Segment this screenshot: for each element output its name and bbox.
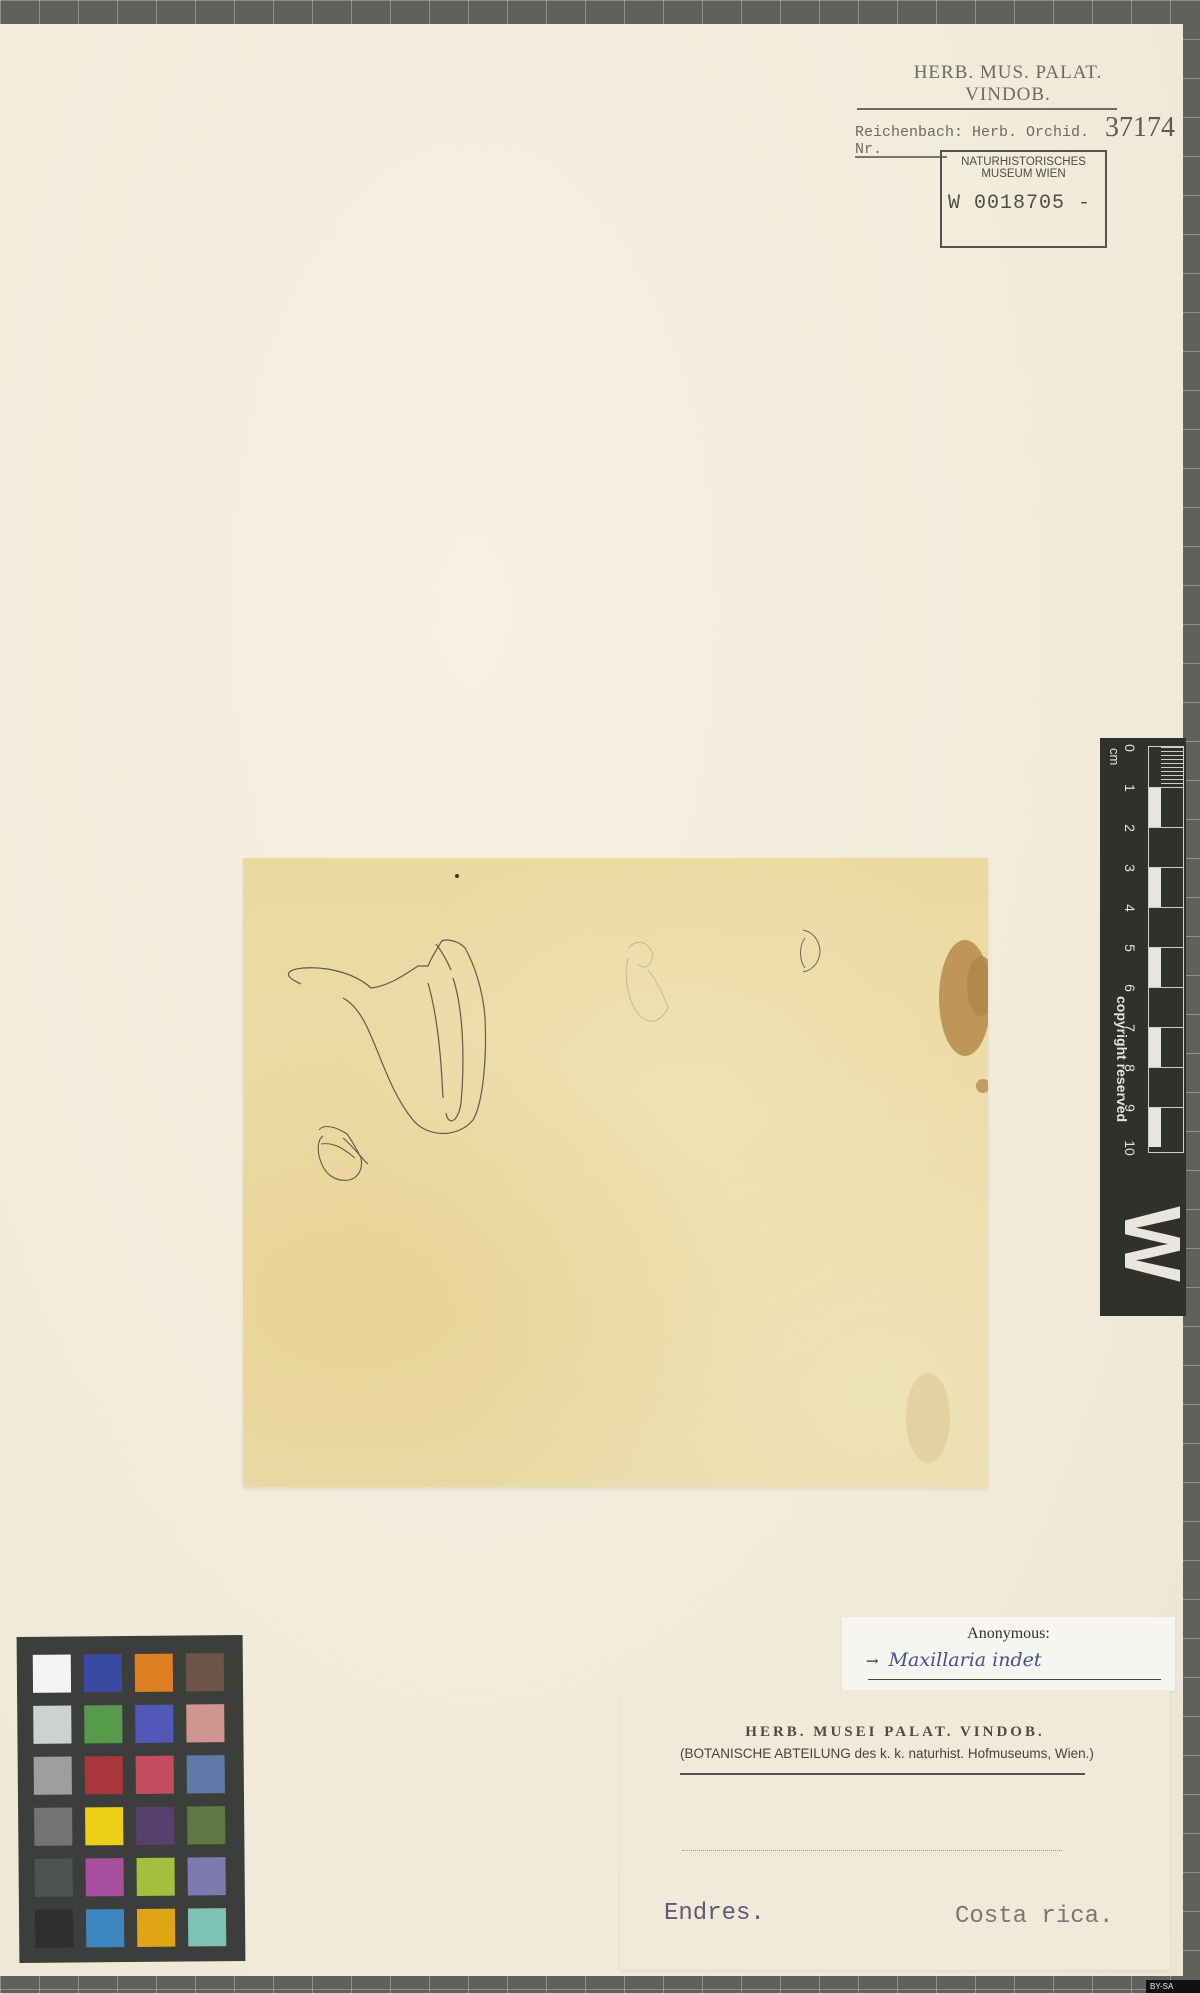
tick-label: 1 bbox=[1122, 784, 1138, 792]
determination-line: →Maxillaria indet bbox=[866, 1649, 1175, 1671]
museum-barcode-stamp: NATURHISTORISCHES MUSEUM WIEN W 0018705 … bbox=[940, 150, 1107, 248]
color-patch bbox=[35, 1859, 73, 1897]
determiner-name: Anonymous: bbox=[842, 1625, 1175, 1643]
header-stamp-rule bbox=[857, 108, 1117, 110]
color-patch bbox=[137, 1858, 175, 1896]
color-patch bbox=[35, 1910, 73, 1948]
museum-stamp-line2: MUSEUM WIEN bbox=[942, 168, 1105, 180]
tick-1 bbox=[1149, 787, 1183, 788]
color-patch bbox=[135, 1705, 173, 1743]
scale-ticks bbox=[1148, 746, 1184, 1153]
tick-label: 10 bbox=[1122, 1140, 1138, 1156]
collector-name: Endres. bbox=[664, 1900, 765, 1927]
faint-stain bbox=[906, 1373, 950, 1463]
color-calibration-chart bbox=[17, 1635, 246, 1963]
museum-logo-w: W bbox=[1106, 1206, 1198, 1282]
tick-label: 2 bbox=[1122, 824, 1138, 832]
arrow-icon: → bbox=[866, 1652, 879, 1670]
flower-sketch-small bbox=[318, 1127, 368, 1181]
color-patch bbox=[186, 1704, 224, 1742]
color-patch bbox=[188, 1908, 226, 1946]
stain-spot bbox=[976, 1079, 988, 1093]
determination-text: Maxillaria indet bbox=[889, 1649, 1042, 1671]
color-patch bbox=[85, 1756, 123, 1794]
color-patch bbox=[85, 1807, 123, 1845]
color-patch bbox=[136, 1807, 174, 1845]
locality: Costa rica. bbox=[955, 1903, 1113, 1930]
color-patch bbox=[84, 1705, 122, 1743]
color-patch bbox=[86, 1909, 124, 1947]
tick-label: 0 bbox=[1122, 744, 1138, 752]
tick-label: 5 bbox=[1122, 944, 1138, 952]
color-patch bbox=[186, 1653, 224, 1691]
color-patch bbox=[137, 1909, 175, 1947]
header-stamp-title: HERB. MUS. PALAT. VINDOB. bbox=[873, 62, 1143, 106]
specimen-id: W 0018705 - bbox=[948, 192, 1105, 215]
label-subtitle: (BOTANISCHE ABTEILUNG des k. k. naturhis… bbox=[680, 1746, 1094, 1761]
tick-4 bbox=[1149, 907, 1183, 908]
color-patch bbox=[34, 1757, 72, 1795]
tick-5 bbox=[1149, 947, 1183, 948]
herbarium-label: HERB. MUSEI PALAT. VINDOB. (BOTANISCHE A… bbox=[620, 1690, 1170, 1970]
tick-3 bbox=[1149, 867, 1183, 868]
copyright-notice: copyright reserved bbox=[1114, 996, 1130, 1122]
flower-sketch-large bbox=[288, 940, 485, 1134]
scale-bar: cm 0 1 2 3 4 5 6 7 8 9 10 copyright rese… bbox=[1100, 738, 1186, 1316]
color-patch bbox=[187, 1755, 225, 1793]
color-patch bbox=[33, 1655, 71, 1693]
museum-stamp-line1: NATURHISTORISCHES bbox=[942, 156, 1105, 168]
tick-6 bbox=[1149, 987, 1183, 988]
scale-mm-ticks bbox=[1161, 747, 1183, 787]
column-sketch bbox=[801, 930, 821, 972]
herbarium-number: 37174 bbox=[1105, 112, 1175, 144]
color-patch bbox=[188, 1857, 226, 1895]
color-patch bbox=[84, 1654, 122, 1692]
tick-label: 3 bbox=[1122, 864, 1138, 872]
color-patch bbox=[136, 1756, 174, 1794]
orchid-sketch-paper bbox=[243, 858, 988, 1487]
faint-sketch bbox=[626, 942, 668, 1021]
label-title: HERB. MUSEI PALAT. VINDOB. bbox=[620, 1724, 1170, 1741]
slip-underline bbox=[868, 1679, 1161, 1680]
color-patch bbox=[135, 1654, 173, 1692]
color-patch bbox=[34, 1808, 72, 1846]
determination-slip: Anonymous: →Maxillaria indet bbox=[842, 1617, 1175, 1691]
color-patch-grid bbox=[33, 1653, 227, 1948]
tick-label: 4 bbox=[1122, 904, 1138, 912]
tick-7 bbox=[1149, 1027, 1183, 1028]
tick-2 bbox=[1149, 827, 1183, 828]
license-badge: BY-SA bbox=[1146, 1980, 1200, 1993]
ink-dot bbox=[455, 874, 459, 878]
color-patch bbox=[187, 1806, 225, 1844]
scale-checker bbox=[1149, 747, 1161, 1152]
orchid-pencil-sketches bbox=[243, 858, 988, 1487]
label-rule bbox=[680, 1773, 1085, 1775]
tick-label: 6 bbox=[1122, 984, 1138, 992]
color-patch bbox=[86, 1858, 124, 1896]
tick-8 bbox=[1149, 1067, 1183, 1068]
herbarium-header-stamp: HERB. MUS. PALAT. VINDOB. Reichenbach: H… bbox=[855, 62, 1175, 158]
color-patch bbox=[33, 1706, 71, 1744]
scale-unit: cm bbox=[1107, 748, 1122, 765]
label-dotted-line bbox=[682, 1850, 1062, 1851]
tick-9 bbox=[1149, 1107, 1183, 1108]
